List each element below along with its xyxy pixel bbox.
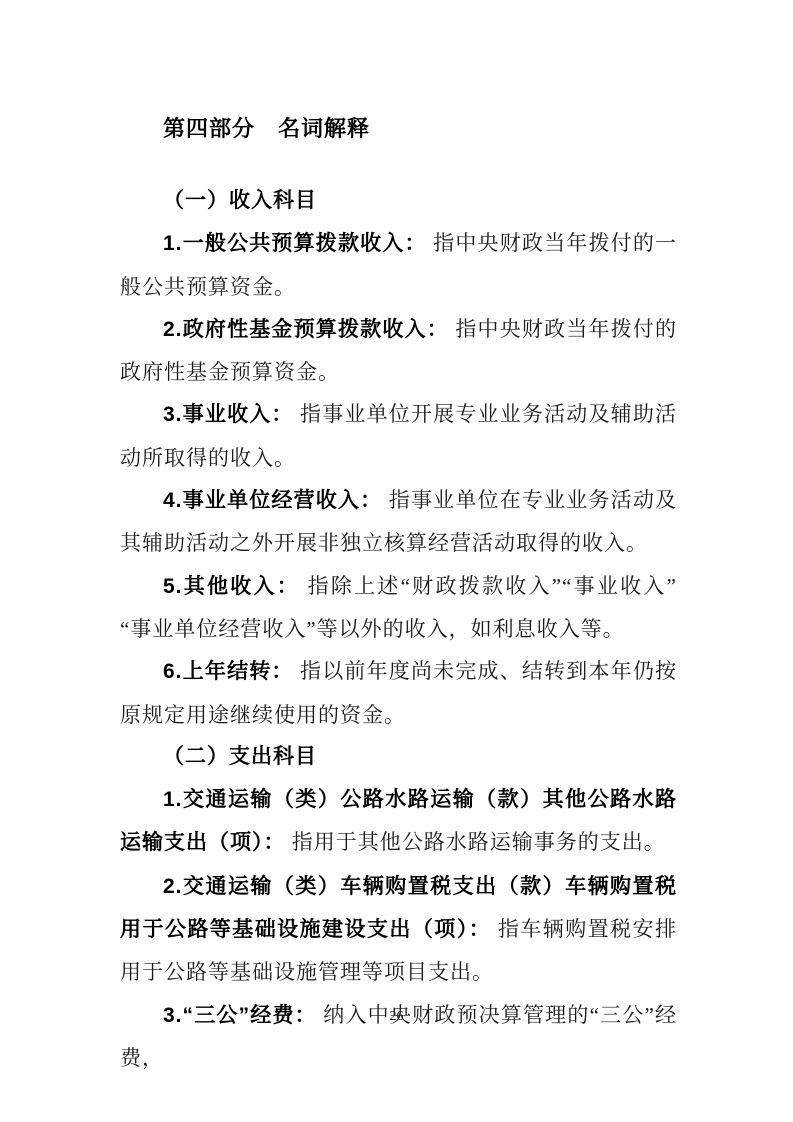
term-paragraph: 1.交通运输（类）公路水路运输（款）其他公路水路运输支出（项）： 指用于其他公路… xyxy=(120,778,677,865)
term-label: 1.一般公共预算拨款收入： xyxy=(163,232,427,255)
document-content: 第四部分 名词解释 （一）收入科目 1.一般公共预算拨款收入： 指中央财政当年拨… xyxy=(120,112,677,1079)
term-paragraph: 2.政府性基金预算拨款收入： 指中央财政当年拨付的政府性基金预算资金。 xyxy=(120,308,677,394)
page-number: 26 xyxy=(0,1008,793,1026)
term-paragraph: 6.上年结转： 指以前年度尚未完成、结转到本年仍按原规定用途继续使用的资金。 xyxy=(120,650,677,736)
term-paragraph: 3.事业收入： 指事业单位开展专业业务活动及辅助活动所取得的收入。 xyxy=(120,393,677,479)
term-paragraph: 1.一般公共预算拨款收入： 指中央财政当年拨付的一般公共预算资金。 xyxy=(120,222,677,308)
term-label: 3.事业收入： xyxy=(163,403,294,426)
term-label: 5.其他收入： xyxy=(163,575,300,598)
term-paragraph: 2.交通运输（类）车辆购置税支出（款）车辆购置税用于公路等基础设施建设支出（项）… xyxy=(120,865,677,994)
term-label: 2.政府性基金预算拨款收入： xyxy=(163,318,449,341)
term-label: 4.事业单位经营收入： xyxy=(163,489,382,512)
term-label: 6.上年结转： xyxy=(163,660,294,683)
term-paragraph: 4.事业单位经营收入： 指事业单位在专业业务活动及其辅助活动之外开展非独立核算经… xyxy=(120,479,677,565)
document-page: 第四部分 名词解释 （一）收入科目 1.一般公共预算拨款收入： 指中央财政当年拨… xyxy=(0,0,793,1122)
section-heading-income: （一）收入科目 xyxy=(120,180,677,222)
term-paragraph: 3.“三公”经费： 纳入中央财政预决算管理的“三公”经费， xyxy=(120,994,677,1080)
document-title: 第四部分 名词解释 xyxy=(120,112,677,145)
term-definition: 指用于其他公路水路运输事务的支出。 xyxy=(286,830,666,854)
section-heading-expenditure: （二）支出科目 xyxy=(120,736,677,778)
term-paragraph: 5.其他收入： 指除上述“财政拨款收入”“事业收入”“事业单位经营收入”等以外的… xyxy=(120,565,677,651)
